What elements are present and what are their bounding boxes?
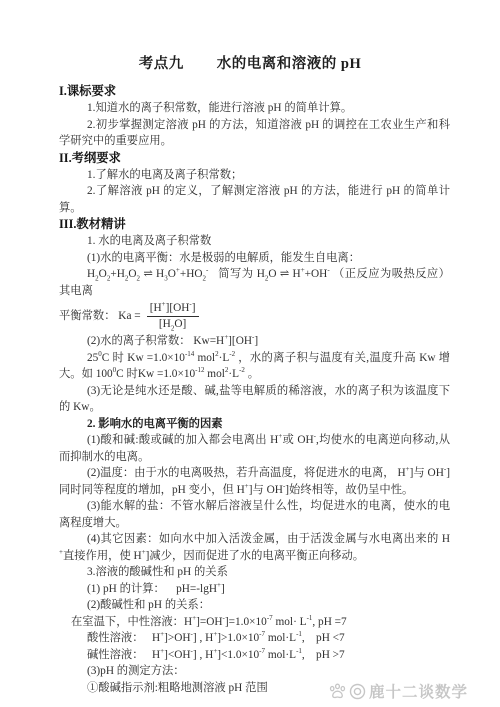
text-line: (3)能水解的盐：不管水解后溶液呈什么性，均促进水的电离，使水的电离程度增大。	[59, 498, 450, 531]
text-line: 1.了解水的电离及离子积常数；	[59, 167, 450, 184]
watermark: 鹿十二谈数学	[329, 680, 468, 702]
text-line: (1) pH 的计算： pH=-lgH+]	[59, 581, 450, 598]
text-line: (4)其它因素：如向水中加入活泼金属，由于活泼金属与水电离出来的 H+直接作用，…	[59, 531, 450, 564]
text-line: 250C 时 Kw =1.0×10-14 mol2·L-2 ，水的离子积与温度有…	[59, 350, 450, 383]
text-line: (3)无论是纯水还是酸、碱,盐等电解质的稀溶液，水的离子积为该温度下的 Kw。	[59, 383, 450, 416]
text-line: H2O2+H2O2 ⇌ H3O++HO2- 简写为 H2O ⇌ H++OH- （…	[59, 266, 450, 299]
fraction: [H+][OH-][H2O]	[147, 302, 199, 331]
text-line: (1)酸和碱:酸或碱的加入都会电离出 H+或 OH-,均使水的电离逆向移动,从而…	[59, 432, 450, 465]
text-line: (2)温度：由于水的电离吸热，若升高温度，将促进水的电离， H+]与 OH-]同…	[59, 465, 450, 498]
section-heading: III.教材精讲	[59, 216, 450, 233]
section-heading: I.课标要求	[59, 83, 450, 100]
document-body: I.课标要求1.知道水的离子积常数，能进行溶液 pH 的简单计算。2.初步掌握测…	[59, 83, 450, 696]
text-line: 2.了解溶液 pH 的定义，了解测定溶液 pH 的方法，能进行 pH 的简单计算…	[59, 183, 450, 216]
text-line: 酸性溶液： H+]>OH-] , H+]>1.0×10-7 mol·L-1, p…	[59, 630, 450, 647]
circle-logo-icon	[349, 683, 366, 700]
page-title: 考点九 水的电离和溶液的 pH	[0, 52, 500, 73]
watermark-text: 鹿十二谈数学	[369, 680, 468, 702]
text-line: (1)水的电离平衡：水是极弱的电解质，能发生自电离：	[59, 250, 450, 267]
equation-line: 平衡常数： Ka =[H+][OH-][H2O]	[59, 299, 450, 333]
text-line: 在室温下，中性溶液：H+]=OH-]=1.0×10-7 mol· L-1, pH…	[59, 614, 450, 631]
text-line: (2)酸碱性和 pH 的关系：	[59, 597, 450, 614]
equation-label: 平衡常数： Ka =	[59, 308, 141, 325]
text-line: 1. 水的电离及离子积常数	[59, 233, 450, 250]
section-heading: II.考纲要求	[59, 150, 450, 167]
text-line: (3)pH 的测定方法：	[59, 663, 450, 680]
fraction-numerator: [H+][OH-]	[147, 302, 199, 317]
text-line: 2. 影响水的电离平衡的因素	[59, 416, 450, 433]
text-line: 1.知道水的离子积常数，能进行溶液 pH 的简单计算。	[59, 100, 450, 117]
text-line: (2)水的离子积常数： Kw=H+][OH-]	[59, 333, 450, 350]
text-line: 3.溶液的酸碱性和 pH 的关系	[59, 564, 450, 581]
fraction-denominator: [H2O]	[147, 317, 199, 331]
paw-icon	[329, 683, 346, 700]
document-page: 考点九 水的电离和溶液的 pH I.课标要求1.知道水的离子积常数，能进行溶液 …	[0, 0, 500, 707]
text-line: 碱性溶液： H+]<OH-] , H+]<1.0×10-7 mol·L-1, p…	[59, 647, 450, 664]
text-line: 2.初步掌握测定溶液 pH 的方法，知道溶液 pH 的调控在工农业生产和科学研究…	[59, 117, 450, 150]
